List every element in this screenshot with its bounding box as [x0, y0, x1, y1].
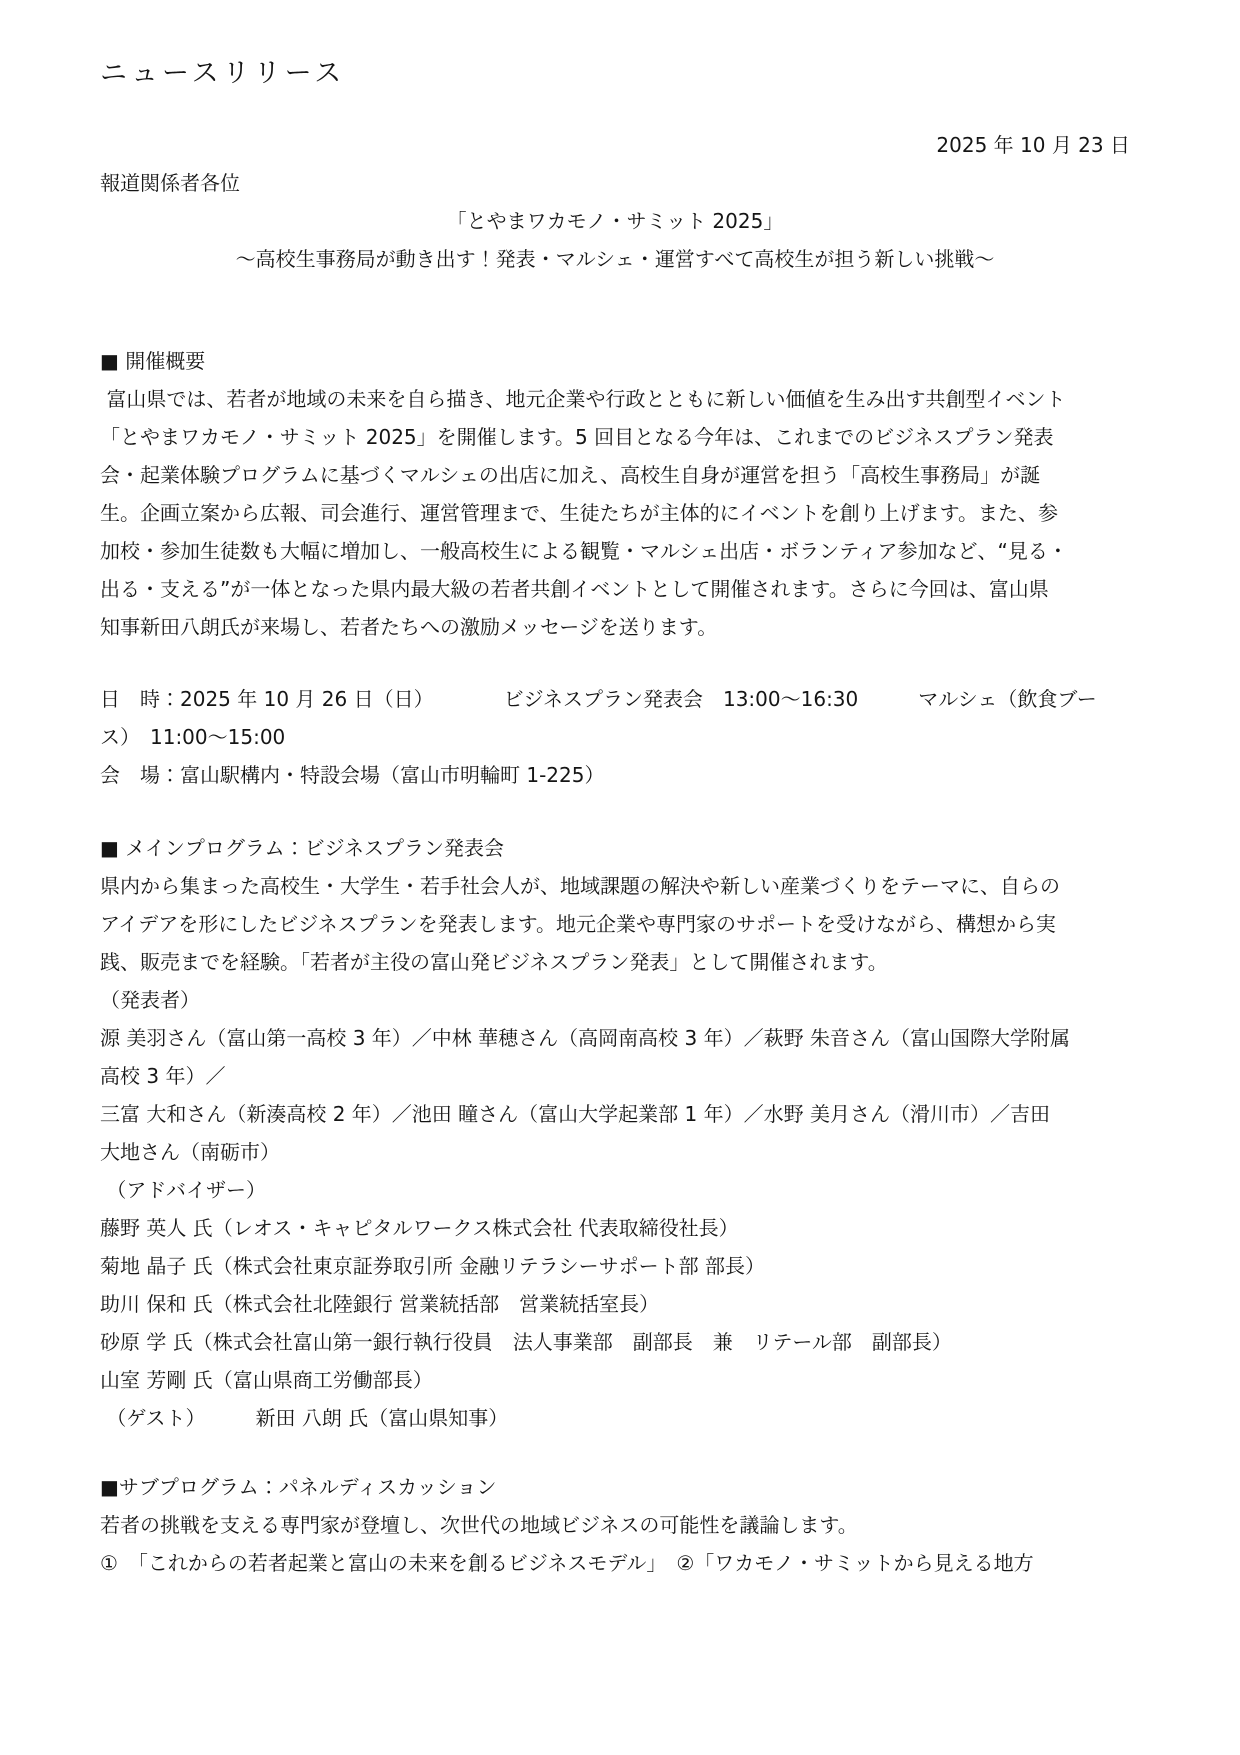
press-release-page: ニュースリリース 2025 年 10 月 23 日 報道関係者各位 「とやまワカ…	[0, 0, 1240, 1755]
overview-body-line: 会・起業体験プログラムに基づくマルシェの出店に加え、高校生自身が運営を担う「高校…	[100, 456, 1130, 494]
sub-program-body-line: ① 「これからの若者起業と富山の未来を創るビジネスモデル」 ②「ワカモノ・サミッ…	[100, 1544, 1130, 1582]
presenter-line: 源 美羽さん（富山第一高校 3 年）／中林 華穂さん（高岡南高校 3 年）／萩野…	[100, 1019, 1130, 1057]
overview-body-line: 富山県では、若者が地域の未来を自ら描き、地元企業や行政とともに新しい価値を生み出…	[100, 380, 1130, 418]
advisers-list: 藤野 英人 氏（レオス・キャピタルワークス株式会社 代表取締役社長） 菊地 晶子…	[100, 1209, 1130, 1399]
presenter-line: 高校 3 年）／	[100, 1057, 1130, 1095]
overview-paragraph: 富山県では、若者が地域の未来を自ら描き、地元企業や行政とともに新しい価値を生み出…	[100, 380, 1130, 646]
adviser-line: 山室 芳剛 氏（富山県商工労働部長）	[100, 1361, 1130, 1399]
main-program-body-line: 践、販売までを経験。「若者が主役の富山発ビジネスプラン発表」として開催されます。	[100, 943, 1130, 981]
page-title: ニュースリリース	[100, 54, 1130, 94]
schedule-line: ス） 11:00～15:00	[100, 718, 1130, 756]
advisers-label: （アドバイザー）	[100, 1171, 1130, 1209]
event-headline: 「とやまワカモノ・サミット 2025」	[100, 202, 1130, 240]
overview-heading: ■ 開催概要	[100, 342, 1130, 380]
event-subheadline: ～高校生事務局が動き出す！発表・マルシェ・運営すべて高校生が担う新しい挑戦～	[100, 240, 1130, 278]
release-date: 2025 年 10 月 23 日	[100, 126, 1130, 164]
overview-body-line: 「とやまワカモノ・サミット 2025」を開催します。5 回目となる今年は、これま…	[100, 418, 1130, 456]
main-program-body-line: アイデアを形にしたビジネスプランを発表します。地元企業や専門家のサポートを受けな…	[100, 905, 1130, 943]
event-schedule: 日 時：2025 年 10 月 26 日（日） ビジネスプラン発表会 13:00…	[100, 680, 1130, 794]
presenter-line: 三富 大和さん（新湊高校 2 年）／池田 瞳さん（富山大学起業部 1 年）／水野…	[100, 1095, 1130, 1133]
schedule-line: 日 時：2025 年 10 月 26 日（日） ビジネスプラン発表会 13:00…	[100, 680, 1130, 718]
sub-program-heading: ■サブプログラム：パネルディスカッション	[100, 1468, 1130, 1506]
adviser-line: 藤野 英人 氏（レオス・キャピタルワークス株式会社 代表取締役社長）	[100, 1209, 1130, 1247]
presenters-list: 源 美羽さん（富山第一高校 3 年）／中林 華穂さん（高岡南高校 3 年）／萩野…	[100, 1019, 1130, 1171]
overview-body-line: 加校・参加生徒数も大幅に増加し、一般高校生による観覧・マルシェ出店・ボランティア…	[100, 532, 1130, 570]
overview-body-line: 出る・支える”が一体となった県内最大級の若者共創イベントとして開催されます。さら…	[100, 570, 1130, 608]
adviser-line: 砂原 学 氏（株式会社富山第一銀行執行役員 法人事業部 副部長 兼 リテール部 …	[100, 1323, 1130, 1361]
main-program-body-line: 県内から集まった高校生・大学生・若手社会人が、地域課題の解決や新しい産業づくりを…	[100, 867, 1130, 905]
overview-section: ■ 開催概要 富山県では、若者が地域の未来を自ら描き、地元企業や行政とともに新し…	[100, 342, 1130, 794]
overview-body-line: 生。企画立案から広報、司会進行、運営管理まで、生徒たちが主体的にイベントを創り上…	[100, 494, 1130, 532]
adviser-line: 菊地 晶子 氏（株式会社東京証券取引所 金融リテラシーサポート部 部長）	[100, 1247, 1130, 1285]
main-program-heading: ■ メインプログラム：ビジネスプラン発表会	[100, 829, 1130, 867]
presenter-line: 大地さん（南砺市）	[100, 1133, 1130, 1171]
sub-program-paragraph: 若者の挑戦を支える専門家が登壇し、次世代の地域ビジネスの可能性を議論します。 ①…	[100, 1506, 1130, 1582]
sub-program-section: ■サブプログラム：パネルディスカッション 若者の挑戦を支える専門家が登壇し、次世…	[100, 1468, 1130, 1582]
adviser-line: 助川 保和 氏（株式会社北陸銀行 営業統括部 営業統括室長）	[100, 1285, 1130, 1323]
sub-program-body-line: 若者の挑戦を支える専門家が登壇し、次世代の地域ビジネスの可能性を議論します。	[100, 1506, 1130, 1544]
venue-line: 会 場：富山駅構内・特設会場（富山市明輪町 1-225）	[100, 756, 1130, 794]
guest-line: （ゲスト） 新田 八朗 氏（富山県知事）	[100, 1399, 1130, 1437]
overview-body-line: 知事新田八朗氏が来場し、若者たちへの激励メッセージを送ります。	[100, 608, 1130, 646]
presenters-label: （発表者）	[100, 981, 1130, 1019]
main-program-section: ■ メインプログラム：ビジネスプラン発表会 県内から集まった高校生・大学生・若手…	[100, 829, 1130, 1437]
main-program-paragraph: 県内から集まった高校生・大学生・若手社会人が、地域課題の解決や新しい産業づくりを…	[100, 867, 1130, 981]
addressee: 報道関係者各位	[100, 164, 1130, 202]
